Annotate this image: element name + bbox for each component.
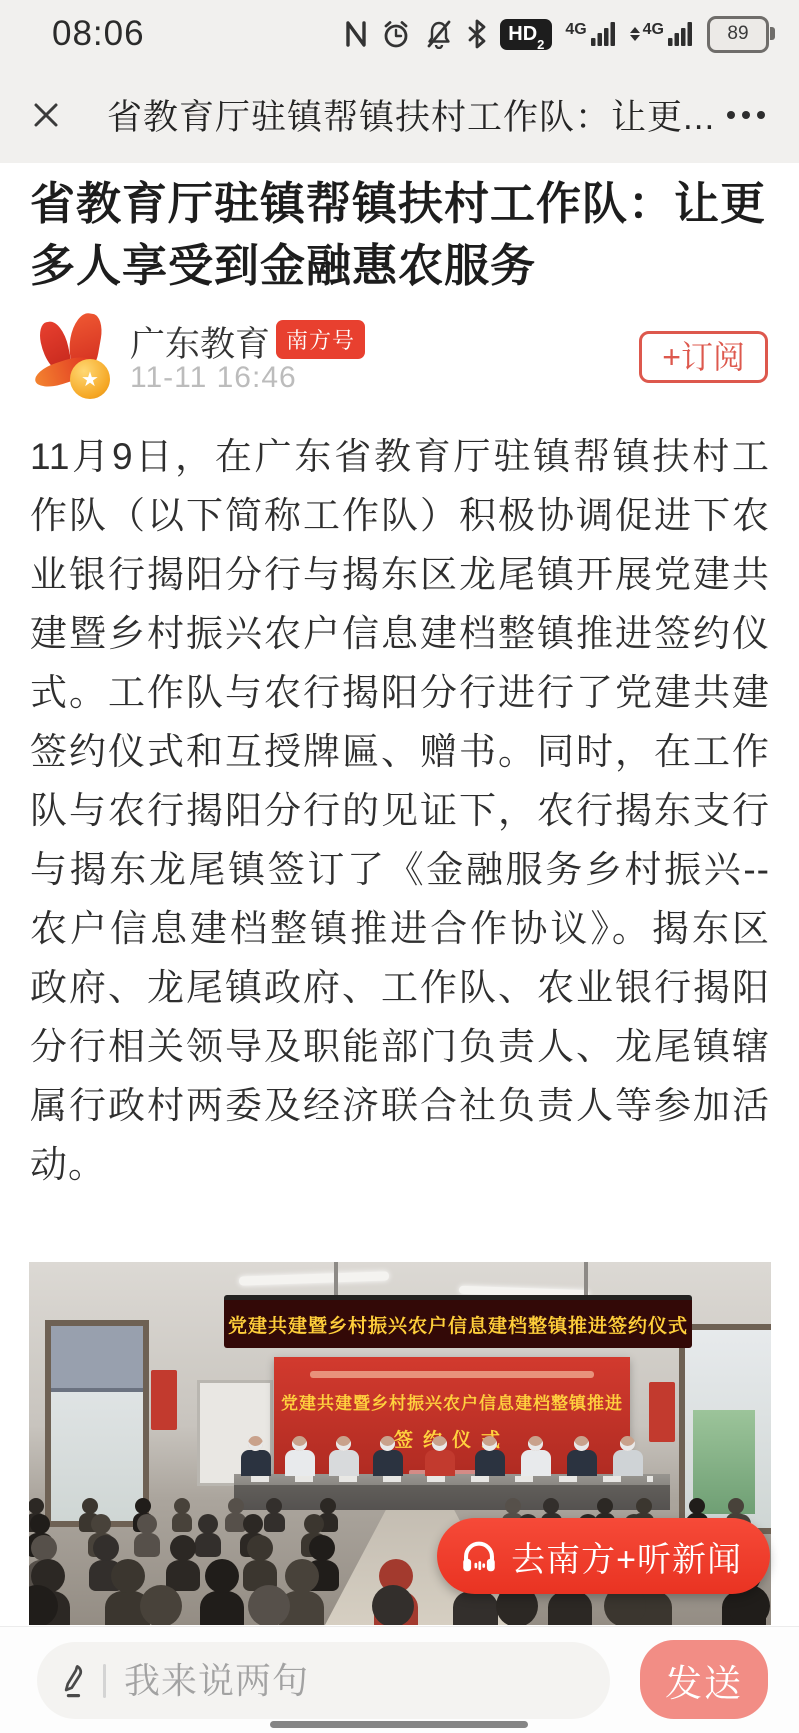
nfc-icon (344, 19, 368, 49)
input-divider (103, 1664, 106, 1698)
backdrop-organizer-strip (310, 1371, 595, 1378)
led-banner: 党建共建暨乡村振兴农户信息建档整镇推进签约仪式 (224, 1295, 692, 1348)
publish-time: 11-11 16:46 (130, 361, 297, 395)
status-bar: 08:06 (0, 10, 799, 58)
more-icon (727, 111, 735, 119)
audience-head (30, 1514, 50, 1534)
sim1-network-label: 4G (565, 21, 586, 39)
close-icon (30, 99, 62, 131)
audience-person (134, 1533, 160, 1557)
photo-person (373, 1450, 403, 1476)
window-view (693, 1410, 755, 1514)
audience-person (166, 1560, 200, 1591)
data-arrows-icon (630, 27, 640, 41)
audience-person (172, 1513, 193, 1532)
audience-head (266, 1498, 282, 1514)
audience-head (170, 1535, 196, 1561)
audience-head (137, 1514, 157, 1534)
comment-input[interactable] (122, 1659, 610, 1703)
wall-poster (151, 1370, 177, 1430)
volte-hd-sub: 2 (537, 29, 544, 60)
photo-person (613, 1450, 643, 1476)
audience-head (248, 1585, 290, 1625)
table-papers (251, 1476, 652, 1482)
audience-person (548, 1591, 592, 1625)
headphones-icon (461, 1539, 497, 1573)
volte-hd-icon: HD2 (500, 19, 552, 50)
audience-head (728, 1498, 744, 1514)
audience-person (195, 1533, 221, 1557)
audience-head (140, 1585, 182, 1625)
photo-person (329, 1450, 359, 1476)
audience-head (82, 1498, 98, 1514)
audience-head (91, 1514, 111, 1534)
audience-head (372, 1585, 414, 1625)
mute-icon (424, 19, 454, 49)
article: 省教育厅驻镇帮镇扶村工作队：让更多人享受到金融惠农服务 ★ 广东教育 南方号 1… (0, 163, 799, 1625)
author-badge: 南方号 (276, 320, 365, 359)
photo-person (285, 1450, 315, 1476)
comment-bar: 发送 (0, 1626, 799, 1733)
comment-input-pill[interactable] (37, 1642, 610, 1719)
article-body: 11月9日，在广东省教育厅驻镇帮镇扶村工作队（以下简称工作队）积极协调促进下农业… (30, 427, 770, 1194)
audience-head (111, 1559, 145, 1593)
audience-head (93, 1535, 119, 1561)
star-icon: ★ (70, 359, 110, 399)
top-bar-zone: 08:06 (0, 0, 799, 163)
photo-person (425, 1450, 455, 1476)
audience-head (636, 1498, 652, 1514)
window-blind (51, 1326, 143, 1392)
volte-hd-label: HD (508, 19, 537, 50)
listen-news-button[interactable]: 去南方+听新闻 (437, 1518, 770, 1594)
bluetooth-icon (467, 19, 487, 49)
nav-title: 省教育厅驻镇帮镇扶村工作队：让更... (107, 90, 715, 140)
clock-time: 08:06 (52, 14, 145, 54)
audience-head (198, 1514, 218, 1534)
send-button[interactable]: 发送 (640, 1640, 768, 1719)
article-title: 省教育厅驻镇帮镇扶村工作队：让更多人享受到金融惠农服务 (30, 173, 770, 297)
window-left (45, 1320, 149, 1527)
battery-icon: 89 (707, 16, 769, 53)
nav-bar: 省教育厅驻镇帮镇扶村工作队：让更... (0, 72, 799, 158)
status-icons: HD2 4G 4G (344, 16, 769, 53)
alarm-icon (381, 19, 411, 49)
audience-head (285, 1559, 319, 1593)
photo-person (241, 1450, 271, 1476)
audience-head (247, 1535, 273, 1561)
audience-person (264, 1513, 285, 1532)
sim2-network-label: 4G (643, 21, 664, 39)
audience-head (205, 1559, 239, 1593)
audience-head (174, 1498, 190, 1514)
subscribe-button[interactable]: +订阅 (639, 331, 768, 383)
listen-news-label: 去南方+听新闻 (511, 1532, 742, 1581)
photo-person (521, 1450, 551, 1476)
author-avatar[interactable]: ★ (36, 313, 108, 397)
audience-person (453, 1591, 497, 1625)
phone-screen: 08:06 (0, 0, 799, 1733)
audience-head (31, 1535, 57, 1561)
author-row[interactable]: ★ 广东教育 南方号 11-11 16:46 +订阅 (30, 311, 769, 399)
battery-percent: 89 (727, 23, 748, 45)
signal-sim2-icon: 4G (630, 21, 694, 47)
audience-person (200, 1591, 244, 1625)
audience-head (597, 1498, 613, 1514)
audience-head (505, 1498, 521, 1514)
author-name[interactable]: 广东教育 (130, 317, 270, 367)
signal-sim1-icon: 4G (565, 21, 616, 47)
audience-head (309, 1535, 335, 1561)
ceiling-light (239, 1271, 389, 1285)
audience-head (29, 1498, 44, 1514)
close-button[interactable] (30, 99, 62, 131)
audience-head (228, 1498, 244, 1514)
audience-head (243, 1514, 263, 1534)
audience-head (320, 1498, 336, 1514)
wall-poster (649, 1382, 675, 1442)
photo-person (475, 1450, 505, 1476)
photo-person (567, 1450, 597, 1476)
audience-head (543, 1498, 559, 1514)
pencil-icon (59, 1663, 89, 1699)
backdrop-title: 党建共建暨乡村振兴农户信息建档整镇推进 (274, 1389, 630, 1414)
led-banner-text: 党建共建暨乡村振兴农户信息建档整镇推进签约仪式 (228, 1311, 688, 1338)
home-indicator[interactable] (270, 1721, 528, 1728)
more-menu-button[interactable] (727, 111, 765, 119)
